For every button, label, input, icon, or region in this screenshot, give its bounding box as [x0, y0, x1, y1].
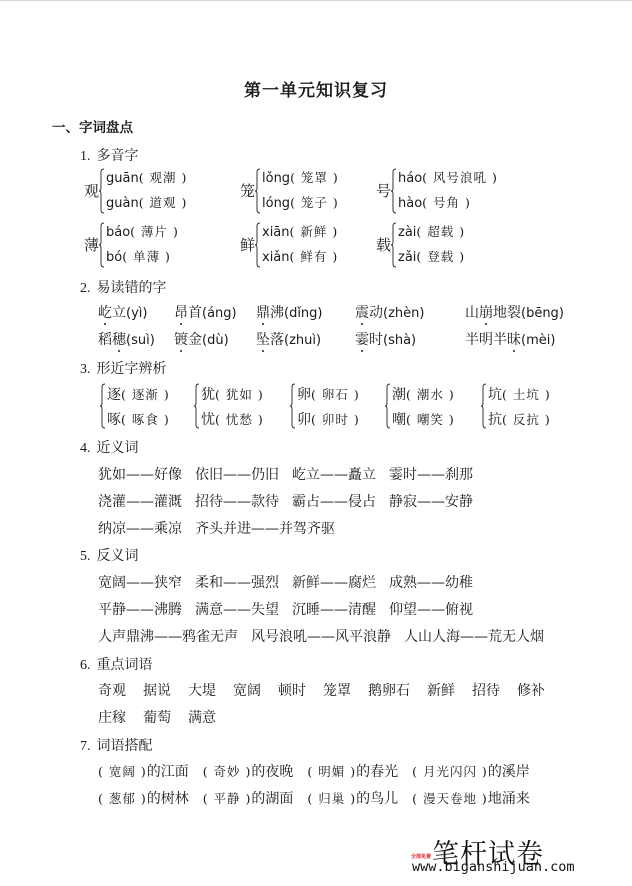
polyphone-reading: háo( 风号浪吼 ) — [398, 168, 498, 186]
synonym-row: 犹如——好像依旧——仍旧屹立——矗立霎时——刹那 — [98, 464, 486, 484]
synonym-pair: 依旧——仍旧 — [195, 464, 279, 484]
pinyin: bó — [106, 250, 122, 265]
watermark-url: www.biganshijuan.com — [412, 859, 575, 875]
example-word: ( 单薄 ) — [122, 249, 171, 264]
heading-text: 词语搭配 — [97, 738, 153, 754]
polyphone-reading: xiān( 新鲜 ) — [262, 222, 338, 240]
heading-key-words: 6.重点词语 — [80, 654, 153, 674]
synonym-pair: 纳凉——乘凉 — [98, 518, 182, 538]
example-word: ( 犹如 ) — [215, 387, 264, 402]
heading-number: 1. — [80, 149, 91, 164]
emphasized-char: 镀 — [174, 332, 188, 348]
polyphone-char: 载 — [376, 234, 391, 255]
polyphone-char: 鲜 — [240, 234, 255, 255]
emphasized-char: 霎 — [355, 332, 369, 348]
heading-similar: 3.形近字辨析 — [80, 358, 167, 378]
pinyin: hào — [398, 196, 422, 211]
emphasized-char: 震 — [355, 305, 369, 321]
pinyin: guān — [106, 171, 139, 186]
collocation-fill: ( 奇妙 ) — [203, 764, 252, 779]
emphasized-char: 屹 — [98, 305, 112, 321]
key-word: 葡萄 — [143, 707, 171, 727]
pinyin: lǒng — [262, 171, 290, 186]
page-title: 第一单元知识复习 — [0, 76, 632, 101]
collocation-rest: 的湖面 — [251, 791, 293, 807]
synonym-pair: 浇灌——灌溉 — [98, 491, 182, 511]
polyphone-reading: guàn( 道观 ) — [106, 193, 187, 211]
word-part: 落 — [270, 332, 284, 348]
misread-item: 镀金(dù) — [174, 329, 229, 349]
misread-item: 屹立(yì) — [98, 302, 147, 322]
key-word: 奇观 — [98, 680, 126, 700]
polyphone-reading: zǎi( 登载 ) — [398, 247, 465, 265]
key-word: 顿时 — [278, 680, 306, 700]
heading-number: 3. — [80, 362, 91, 377]
polyphone-reading: hào( 号角 ) — [398, 193, 471, 211]
synonym-pair: 犹如——好像 — [98, 464, 182, 484]
similar-char-entry: 卵( 卵石 ) — [297, 384, 360, 404]
key-word: 鹅卵石 — [368, 680, 410, 700]
char: 逐 — [107, 387, 121, 403]
collocation-rest: 的树林 — [147, 791, 189, 807]
brace-icon — [290, 383, 296, 429]
polyphone-reading: lóng( 笼子 ) — [262, 193, 339, 211]
example-word: ( 风号浪吼 ) — [422, 170, 498, 185]
brace-icon — [255, 168, 261, 214]
antonym-row: 人声鼎沸——鸦雀无声风号浪吼——风平浪静人山人海——荒无人烟 — [98, 626, 557, 646]
example-word: ( 笼子 ) — [290, 195, 339, 210]
pinyin: (mèi) — [521, 333, 555, 348]
polyphone-char: 笼 — [240, 180, 255, 201]
polyphone-char: 观 — [84, 180, 99, 201]
heading-text: 重点词语 — [97, 657, 153, 673]
example-word: ( 笼罩 ) — [290, 170, 339, 185]
similar-char-entry: 嘲( 嘲笑 ) — [392, 409, 455, 429]
char: 啄 — [107, 412, 121, 428]
collocation-item: ( 明媚 )的春光 — [307, 761, 398, 781]
polyphone-reading: zài( 超载 ) — [398, 222, 465, 240]
misread-item: 稻穗(suì) — [98, 329, 155, 349]
example-word: ( 登载 ) — [416, 249, 465, 264]
pinyin: zǎi — [398, 250, 416, 265]
example-word: ( 反抗 ) — [502, 412, 551, 427]
misread-item: 坠落(zhuì) — [256, 329, 321, 349]
collocation-fill: ( 葱郁 ) — [98, 791, 147, 806]
heading-text: 反义词 — [97, 548, 139, 564]
antonym-row: 平静——沸腾满意——失望沉睡——清醒仰望——俯视 — [98, 599, 486, 619]
brace-icon — [481, 383, 487, 429]
misread-item: 半明半昧(mèi) — [465, 329, 555, 349]
pinyin: (suì) — [126, 333, 155, 348]
example-word: ( 啄食 ) — [121, 412, 170, 427]
collocation-rest: 的夜晚 — [251, 764, 293, 780]
synonym-row: 纳凉——乘凉齐头并进——并驾齐驱 — [98, 518, 348, 538]
antonym-pair: 新鲜——腐烂 — [292, 572, 376, 592]
similar-char-entry: 卯( 卯时 ) — [297, 409, 360, 429]
heading-number: 5. — [80, 549, 91, 564]
example-word: ( 鲜有 ) — [290, 249, 339, 264]
example-word: ( 忧愁 ) — [215, 412, 264, 427]
word-part: 山 — [465, 305, 479, 321]
word-part: 地裂 — [493, 305, 521, 321]
word-part: 首 — [188, 305, 202, 321]
example-word: ( 道观 ) — [139, 195, 188, 210]
antonym-pair: 仰望——俯视 — [389, 599, 473, 619]
emphasized-char: 昂 — [174, 305, 188, 321]
misread-item: 山崩地裂(bēng) — [465, 302, 564, 322]
pinyin: báo — [106, 225, 130, 240]
misread-item: 昂首(áng) — [174, 302, 237, 322]
collocation-fill: ( 漫天卷地 ) — [412, 791, 488, 806]
heading-number: 2. — [80, 281, 91, 296]
collocation-rest: 的江面 — [147, 764, 189, 780]
antonym-pair: 平静——沸腾 — [98, 599, 182, 619]
heading-synonyms: 4.近义词 — [80, 437, 139, 457]
synonym-pair: 屹立——矗立 — [292, 464, 376, 484]
char: 抗 — [488, 412, 502, 428]
char: 犹 — [201, 387, 215, 403]
similar-char-entry: 坑( 土坑 ) — [488, 384, 551, 404]
heading-polyphones: 1.多音字 — [80, 145, 139, 165]
heading-number: 6. — [80, 658, 91, 673]
antonym-pair: 柔和——强烈 — [195, 572, 279, 592]
misread-item: 震动(zhèn) — [355, 302, 424, 322]
key-word: 宽阔 — [233, 680, 261, 700]
example-word: ( 超载 ) — [416, 224, 465, 239]
polyphone-char: 号 — [376, 180, 391, 201]
key-word: 新鲜 — [427, 680, 455, 700]
word-part: 半明半 — [465, 332, 507, 348]
heading-antonyms: 5.反义词 — [80, 545, 139, 565]
key-word: 据说 — [143, 680, 171, 700]
pinyin: (zhèn) — [383, 306, 424, 321]
brace-icon — [255, 222, 261, 268]
example-word: ( 新鲜 ) — [290, 224, 339, 239]
emphasized-char: 昧 — [507, 332, 521, 348]
collocation-item: ( 奇妙 )的夜晚 — [203, 761, 294, 781]
brace-icon — [385, 383, 391, 429]
synonym-pair: 招待——款待 — [195, 491, 279, 511]
pinyin: lóng — [262, 196, 290, 211]
key-word: 庄稼 — [98, 707, 126, 727]
example-word: ( 薄片 ) — [130, 224, 179, 239]
polyphone-reading: xiǎn( 鲜有 ) — [262, 247, 338, 265]
char: 忧 — [201, 412, 215, 428]
synonym-row: 浇灌——灌溉招待——款待霸占——侵占静寂——安静 — [98, 491, 486, 511]
char: 卯 — [297, 412, 311, 428]
emphasized-char: 穗 — [112, 332, 126, 348]
collocation-item: ( 漫天卷地 )地涌来 — [412, 788, 530, 808]
key-word-row: 庄稼葡萄满意 — [98, 707, 233, 727]
example-word: ( 潮水 ) — [406, 387, 455, 402]
collocation-fill: ( 归巢 ) — [307, 791, 356, 806]
brace-icon — [100, 383, 106, 429]
collocation-fill: ( 月光闪闪 ) — [412, 764, 488, 779]
collocation-rest: 的鸟儿 — [356, 791, 398, 807]
example-word: ( 观潮 ) — [139, 170, 188, 185]
example-word: ( 嘲笑 ) — [406, 412, 455, 427]
antonym-pair: 宽阔——狭窄 — [98, 572, 182, 592]
heading-text: 近义词 — [97, 440, 139, 456]
char: 坑 — [488, 387, 502, 403]
heading-text: 形近字辨析 — [97, 361, 167, 377]
brace-icon — [391, 222, 397, 268]
section-heading: 一、字词盘点 — [52, 116, 133, 136]
heading-misread: 2.易读错的字 — [80, 277, 167, 297]
collocation-item: ( 宽阔 )的江面 — [98, 761, 189, 781]
emphasized-char: 崩 — [479, 305, 493, 321]
misread-item: 霎时(shà) — [355, 329, 416, 349]
collocation-fill: ( 明媚 ) — [307, 764, 356, 779]
pinyin: guàn — [106, 196, 139, 211]
polyphone-reading: guān( 观潮 ) — [106, 168, 187, 186]
polyphone-char: 薄 — [84, 234, 99, 255]
key-word: 大堤 — [188, 680, 216, 700]
example-word: ( 土坑 ) — [502, 387, 551, 402]
collocation-item: ( 平静 )的湖面 — [203, 788, 294, 808]
key-word: 笼罩 — [323, 680, 351, 700]
example-word: ( 号角 ) — [422, 195, 471, 210]
brace-icon — [194, 383, 200, 429]
word-part: 沸 — [270, 305, 284, 321]
example-word: ( 逐渐 ) — [121, 387, 170, 402]
heading-number: 7. — [80, 739, 91, 754]
antonym-pair: 满意——失望 — [195, 599, 279, 619]
synonym-pair: 静寂——安静 — [389, 491, 473, 511]
synonym-pair: 霎时——刹那 — [389, 464, 473, 484]
similar-char-entry: 犹( 犹如 ) — [201, 384, 264, 404]
char: 卵 — [297, 387, 311, 403]
synonym-pair: 霸占——侵占 — [292, 491, 376, 511]
key-word: 招待 — [472, 680, 500, 700]
similar-char-entry: 抗( 反抗 ) — [488, 409, 551, 429]
pinyin: (áng) — [202, 306, 237, 321]
similar-char-entry: 忧( 忧愁 ) — [201, 409, 264, 429]
antonym-row: 宽阔——狭窄柔和——强烈新鲜——腐烂成熟——幼稚 — [98, 572, 486, 592]
pinyin: (zhuì) — [284, 333, 321, 348]
key-word: 满意 — [188, 707, 216, 727]
misread-item: 鼎沸(dǐng) — [256, 302, 323, 322]
collocation-fill: ( 平静 ) — [203, 791, 252, 806]
antonym-pair: 人声鼎沸——鸦雀无声 — [98, 626, 238, 646]
example-word: ( 卵石 ) — [311, 387, 360, 402]
heading-number: 4. — [80, 441, 91, 456]
word-part: 动 — [369, 305, 383, 321]
antonym-pair: 风号浪吼——风平浪静 — [251, 626, 391, 646]
brace-icon — [99, 222, 105, 268]
top-border — [0, 0, 632, 1]
example-word: ( 卯时 ) — [311, 412, 360, 427]
word-part: 稻 — [98, 332, 112, 348]
similar-char-entry: 逐( 逐渐 ) — [107, 384, 170, 404]
key-word-row: 奇观据说大堤宽阔顿时笼罩鹅卵石新鲜招待修补 — [98, 680, 562, 700]
collocation-item: ( 月光闪闪 )的溪岸 — [412, 761, 530, 781]
pinyin: zài — [398, 225, 416, 240]
heading-collocations: 7.词语搭配 — [80, 735, 153, 755]
collocation-row: ( 葱郁 )的树林( 平静 )的湖面( 归巢 )的鸟儿( 漫天卷地 )地涌来 — [98, 788, 544, 808]
pinyin: (yì) — [126, 306, 147, 321]
word-part: 立 — [112, 305, 126, 321]
heading-text: 易读错的字 — [97, 280, 167, 296]
synonym-pair: 齐头并进——并驾齐驱 — [195, 518, 335, 538]
collocation-item: ( 归巢 )的鸟儿 — [307, 788, 398, 808]
collocation-rest: 的春光 — [356, 764, 398, 780]
polyphone-reading: báo( 薄片 ) — [106, 222, 179, 240]
collocation-rest: 的溪岸 — [488, 764, 530, 780]
collocation-rest: 地涌来 — [488, 791, 530, 807]
brace-icon — [391, 168, 397, 214]
similar-char-entry: 啄( 啄食 ) — [107, 409, 170, 429]
pinyin: xiān — [262, 225, 290, 240]
pinyin: xiǎn — [262, 250, 290, 265]
emphasized-char: 坠 — [256, 332, 270, 348]
key-word: 修补 — [517, 680, 545, 700]
pinyin: (bēng) — [521, 306, 564, 321]
word-part: 金 — [188, 332, 202, 348]
pinyin: (dǐng) — [284, 306, 323, 321]
pinyin: (shà) — [383, 333, 416, 348]
collocation-item: ( 葱郁 )的树林 — [98, 788, 189, 808]
char: 嘲 — [392, 412, 406, 428]
word-part: 时 — [369, 332, 383, 348]
collocation-row: ( 宽阔 )的江面( 奇妙 )的夜晚( 明媚 )的春光( 月光闪闪 )的溪岸 — [98, 761, 544, 781]
similar-char-entry: 潮( 潮水 ) — [392, 384, 455, 404]
emphasized-char: 鼎 — [256, 305, 270, 321]
brace-icon — [99, 168, 105, 214]
pinyin: (dù) — [202, 333, 229, 348]
polyphone-reading: lǒng( 笼罩 ) — [262, 168, 339, 186]
antonym-pair: 成熟——幼稚 — [389, 572, 473, 592]
antonym-pair: 沉睡——清醒 — [292, 599, 376, 619]
heading-text: 多音字 — [97, 148, 139, 164]
antonym-pair: 人山人海——荒无人烟 — [404, 626, 544, 646]
char: 潮 — [392, 387, 406, 403]
polyphone-reading: bó( 单薄 ) — [106, 247, 171, 265]
pinyin: háo — [398, 171, 422, 186]
collocation-fill: ( 宽阔 ) — [98, 764, 147, 779]
